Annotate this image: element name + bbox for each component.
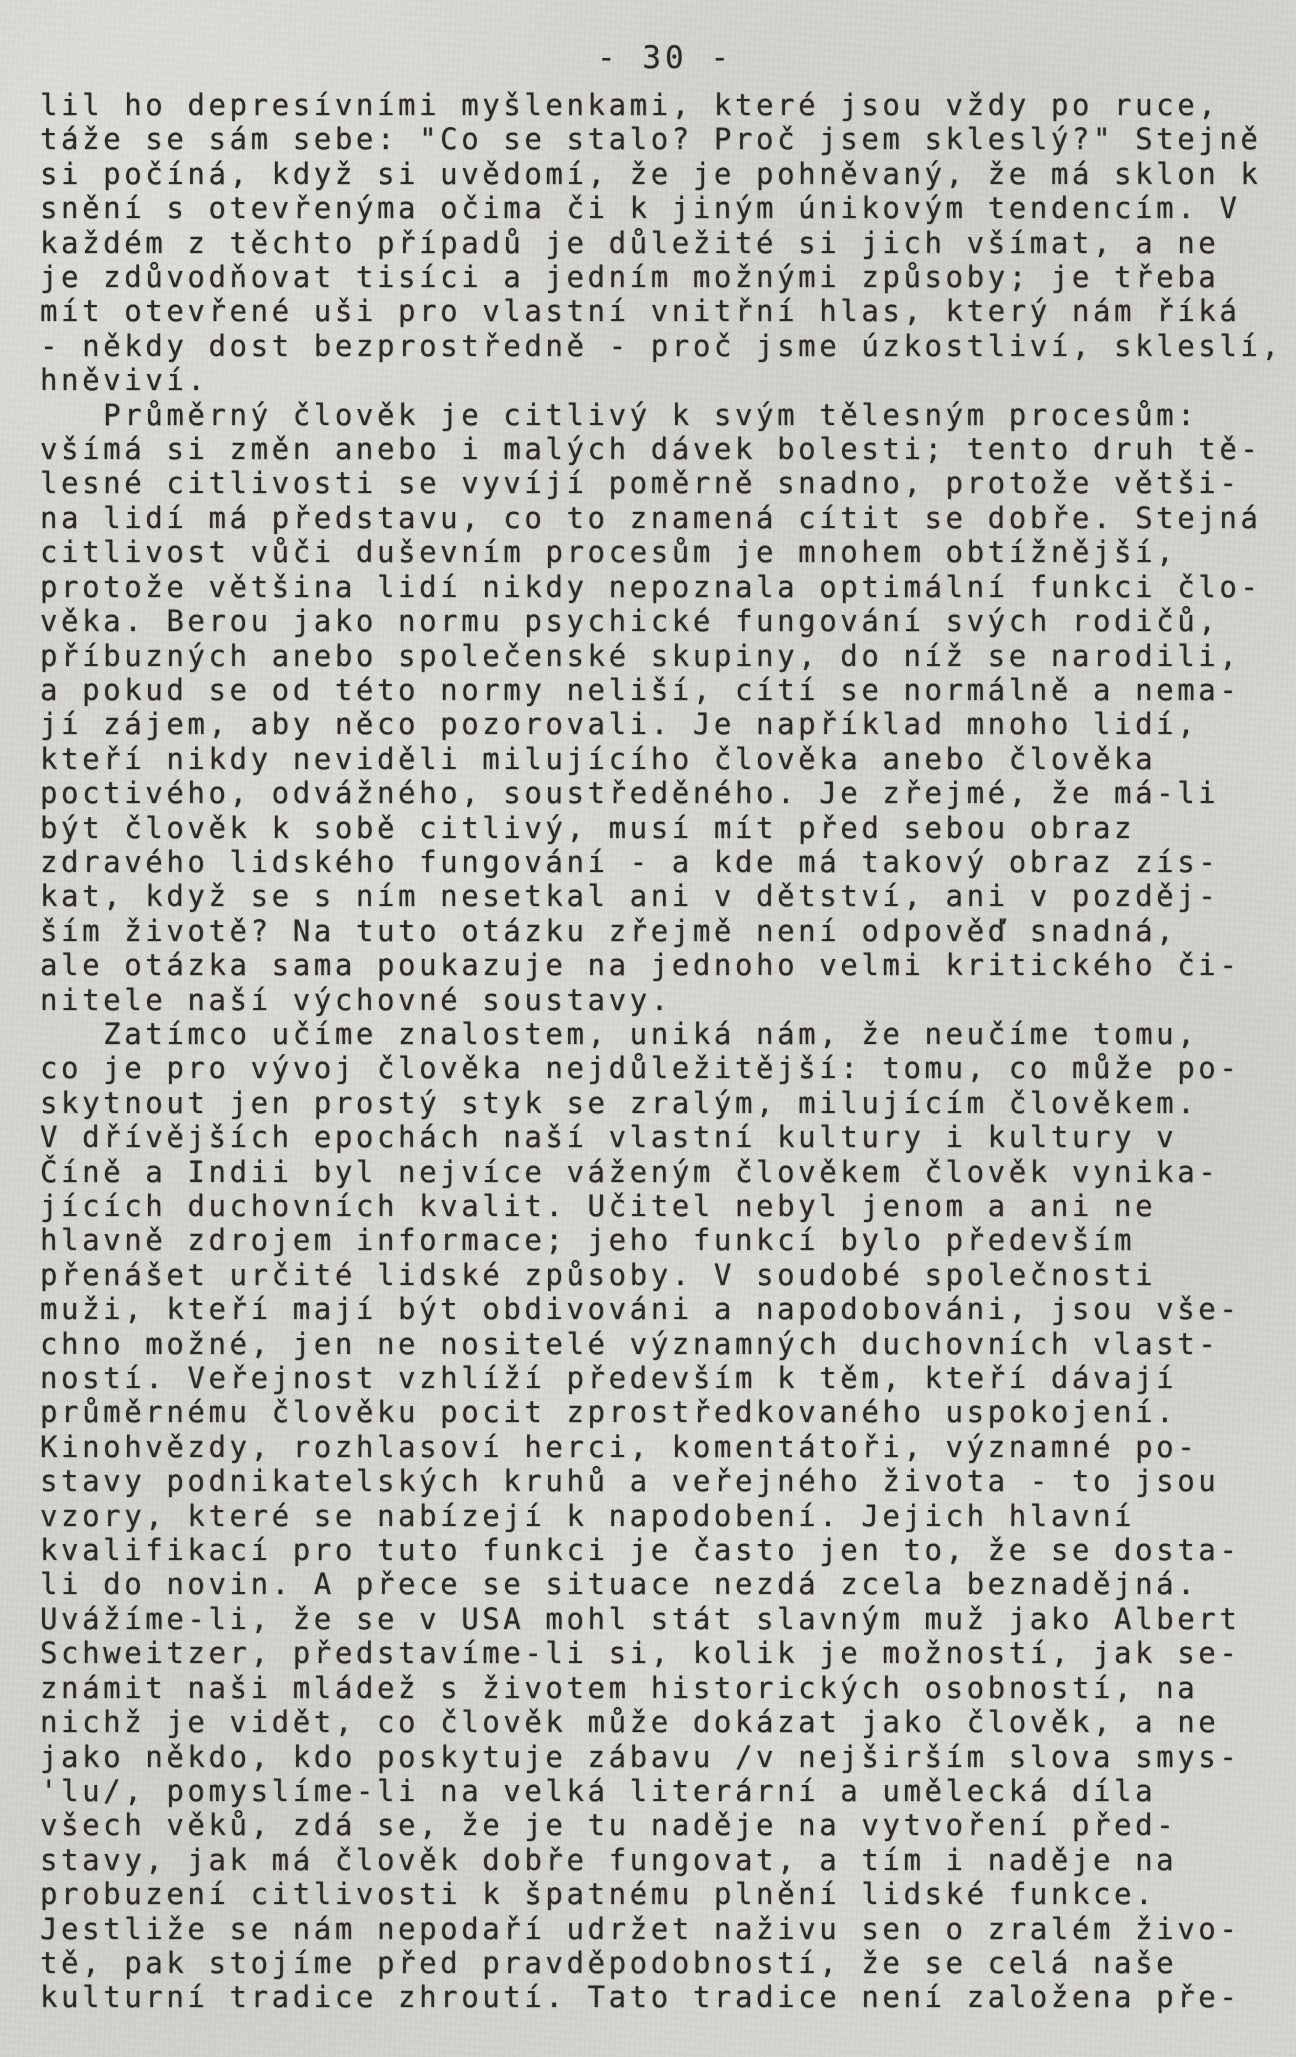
scanned-document-page: - 30 - lil ho depresívními myšlenkami, k…	[0, 0, 1296, 2057]
paragraph-continuation: lil ho depresívními myšlenkami, které js…	[40, 88, 1286, 398]
paragraph-average-person-sensitivity: Průměrný člověk je citlivý k svým tělesn…	[40, 398, 1286, 1017]
page-number: - 30 -	[17, 40, 1296, 76]
paragraph-teaching-knowledge: Zatímco učíme znalostem, uniká nám, že n…	[40, 1017, 1286, 2015]
page-body: lil ho depresívními myšlenkami, které js…	[40, 88, 1286, 2015]
